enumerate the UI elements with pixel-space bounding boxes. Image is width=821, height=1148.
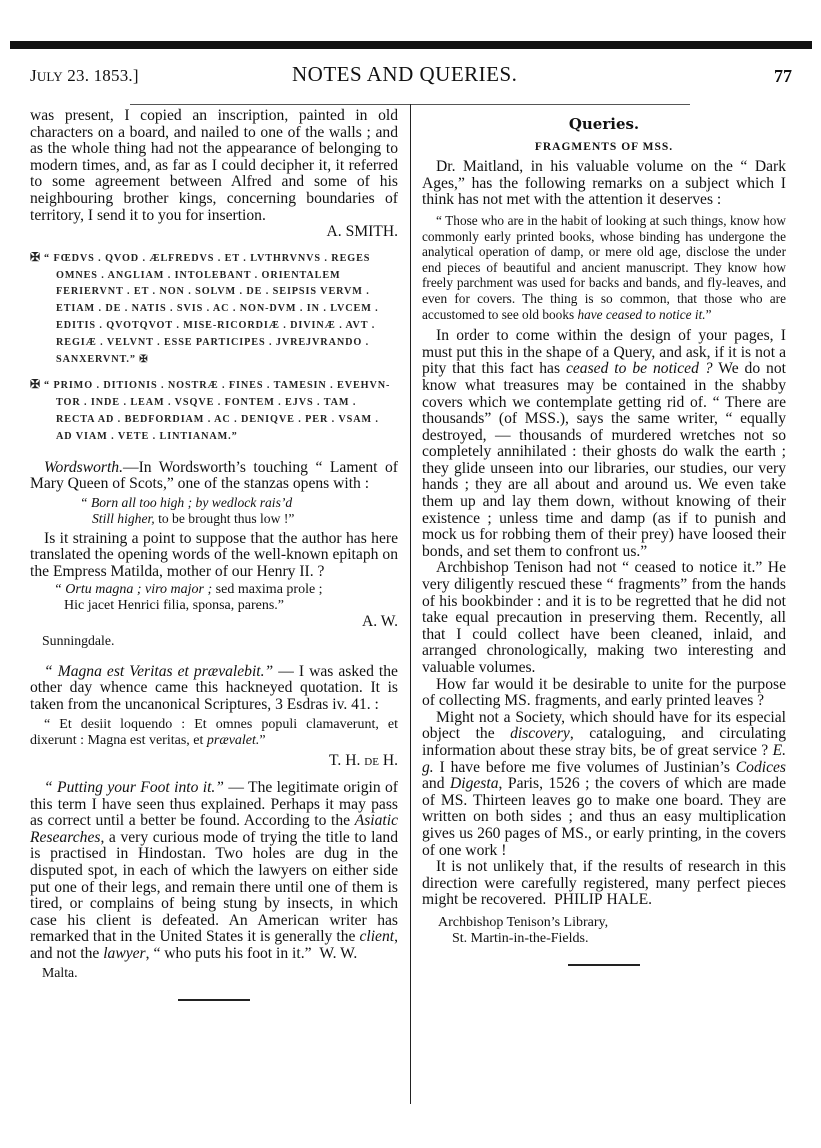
esdras-quote: “ Et desiit loquendo : Et omnes populi c… bbox=[30, 717, 398, 749]
section-end-rule bbox=[178, 999, 250, 1001]
journal-title: NOTES AND QUERIES. bbox=[292, 62, 517, 87]
queries-heading: Queries. bbox=[422, 116, 786, 133]
wordsworth-title: Wordsworth. bbox=[44, 459, 123, 476]
wordsworth-paragraph: Wordsworth.—In Wordsworth’s touching “ L… bbox=[30, 460, 398, 493]
hale-signature: PHILIP HALE. bbox=[554, 891, 652, 908]
aw-place: Sunningdale. bbox=[30, 633, 398, 650]
article-title: FRAGMENTS OF MSS. bbox=[422, 139, 786, 156]
right-column: Queries. FRAGMENTS OF MSS. Dr. Maitland,… bbox=[422, 108, 786, 966]
foot-title: “ Putting your Foot into it.” bbox=[44, 779, 224, 796]
smith-paragraph: was present, I copied an inscription, pa… bbox=[30, 108, 398, 224]
maitland-quote: “ Those who are in the habit of looking … bbox=[422, 213, 786, 322]
matilda-epitaph: “ Ortu magna ; viro major ; sed maxima p… bbox=[30, 582, 398, 614]
maitland-paragraph: Dr. Maitland, in his valuable volume on … bbox=[422, 159, 786, 209]
tenison-paragraph: Archbishop Tenison had not “ ceased to n… bbox=[422, 560, 786, 676]
wordsworth-verse: “ Born all too high ; by wedlock rais’d … bbox=[30, 495, 398, 527]
unite-paragraph: How far would it be desirable to unite f… bbox=[422, 677, 786, 710]
top-rule bbox=[10, 41, 812, 49]
cross-pattee-icon: ✠ bbox=[30, 249, 44, 266]
running-header: JULY 23. 1853.] NOTES AND QUERIES. 77 bbox=[30, 62, 800, 92]
matilda-paragraph: Is it straining a point to suppose that … bbox=[30, 531, 398, 581]
smith-signature: A. SMITH. bbox=[30, 224, 398, 241]
section-end-rule bbox=[568, 964, 640, 966]
query-paragraph: In order to come within the design of yo… bbox=[422, 328, 786, 560]
aw-signature: A. W. bbox=[30, 614, 398, 631]
closing-paragraph: It is not unlikely that, if the results … bbox=[422, 859, 786, 909]
foot-paragraph: “ Putting your Foot into it.” — The legi… bbox=[30, 780, 398, 963]
magna-title: “ Magna est Veritas et prævalebit.” bbox=[44, 663, 273, 680]
ww-place: Malta. bbox=[30, 965, 398, 982]
cross-pattee-icon: ✠ bbox=[30, 376, 44, 393]
hale-address: Archbishop Tenison’s Library, St. Martin… bbox=[422, 915, 786, 948]
issue-date: JULY 23. 1853.] bbox=[30, 66, 139, 86]
ww-signature: W. W. bbox=[319, 945, 357, 962]
cross-pattee-icon: ✠ bbox=[139, 354, 148, 365]
magna-paragraph: “ Magna est Veritas et prævalebit.” — I … bbox=[30, 664, 398, 714]
page-number: 77 bbox=[774, 66, 792, 87]
left-column: was present, I copied an inscription, pa… bbox=[30, 108, 398, 1001]
inscription-2: ✠“ PRIMO . DITIONIS . NOSTRÆ . FINES . T… bbox=[30, 376, 398, 445]
inscription-1: ✠“ FŒDVS . QVOD . ÆLFREDVS . ET . LVTHRV… bbox=[30, 249, 398, 369]
thdeh-signature: T. H. de H. bbox=[30, 753, 398, 770]
society-paragraph: Might not a Society, which should have f… bbox=[422, 710, 786, 859]
column-divider bbox=[410, 104, 411, 1104]
